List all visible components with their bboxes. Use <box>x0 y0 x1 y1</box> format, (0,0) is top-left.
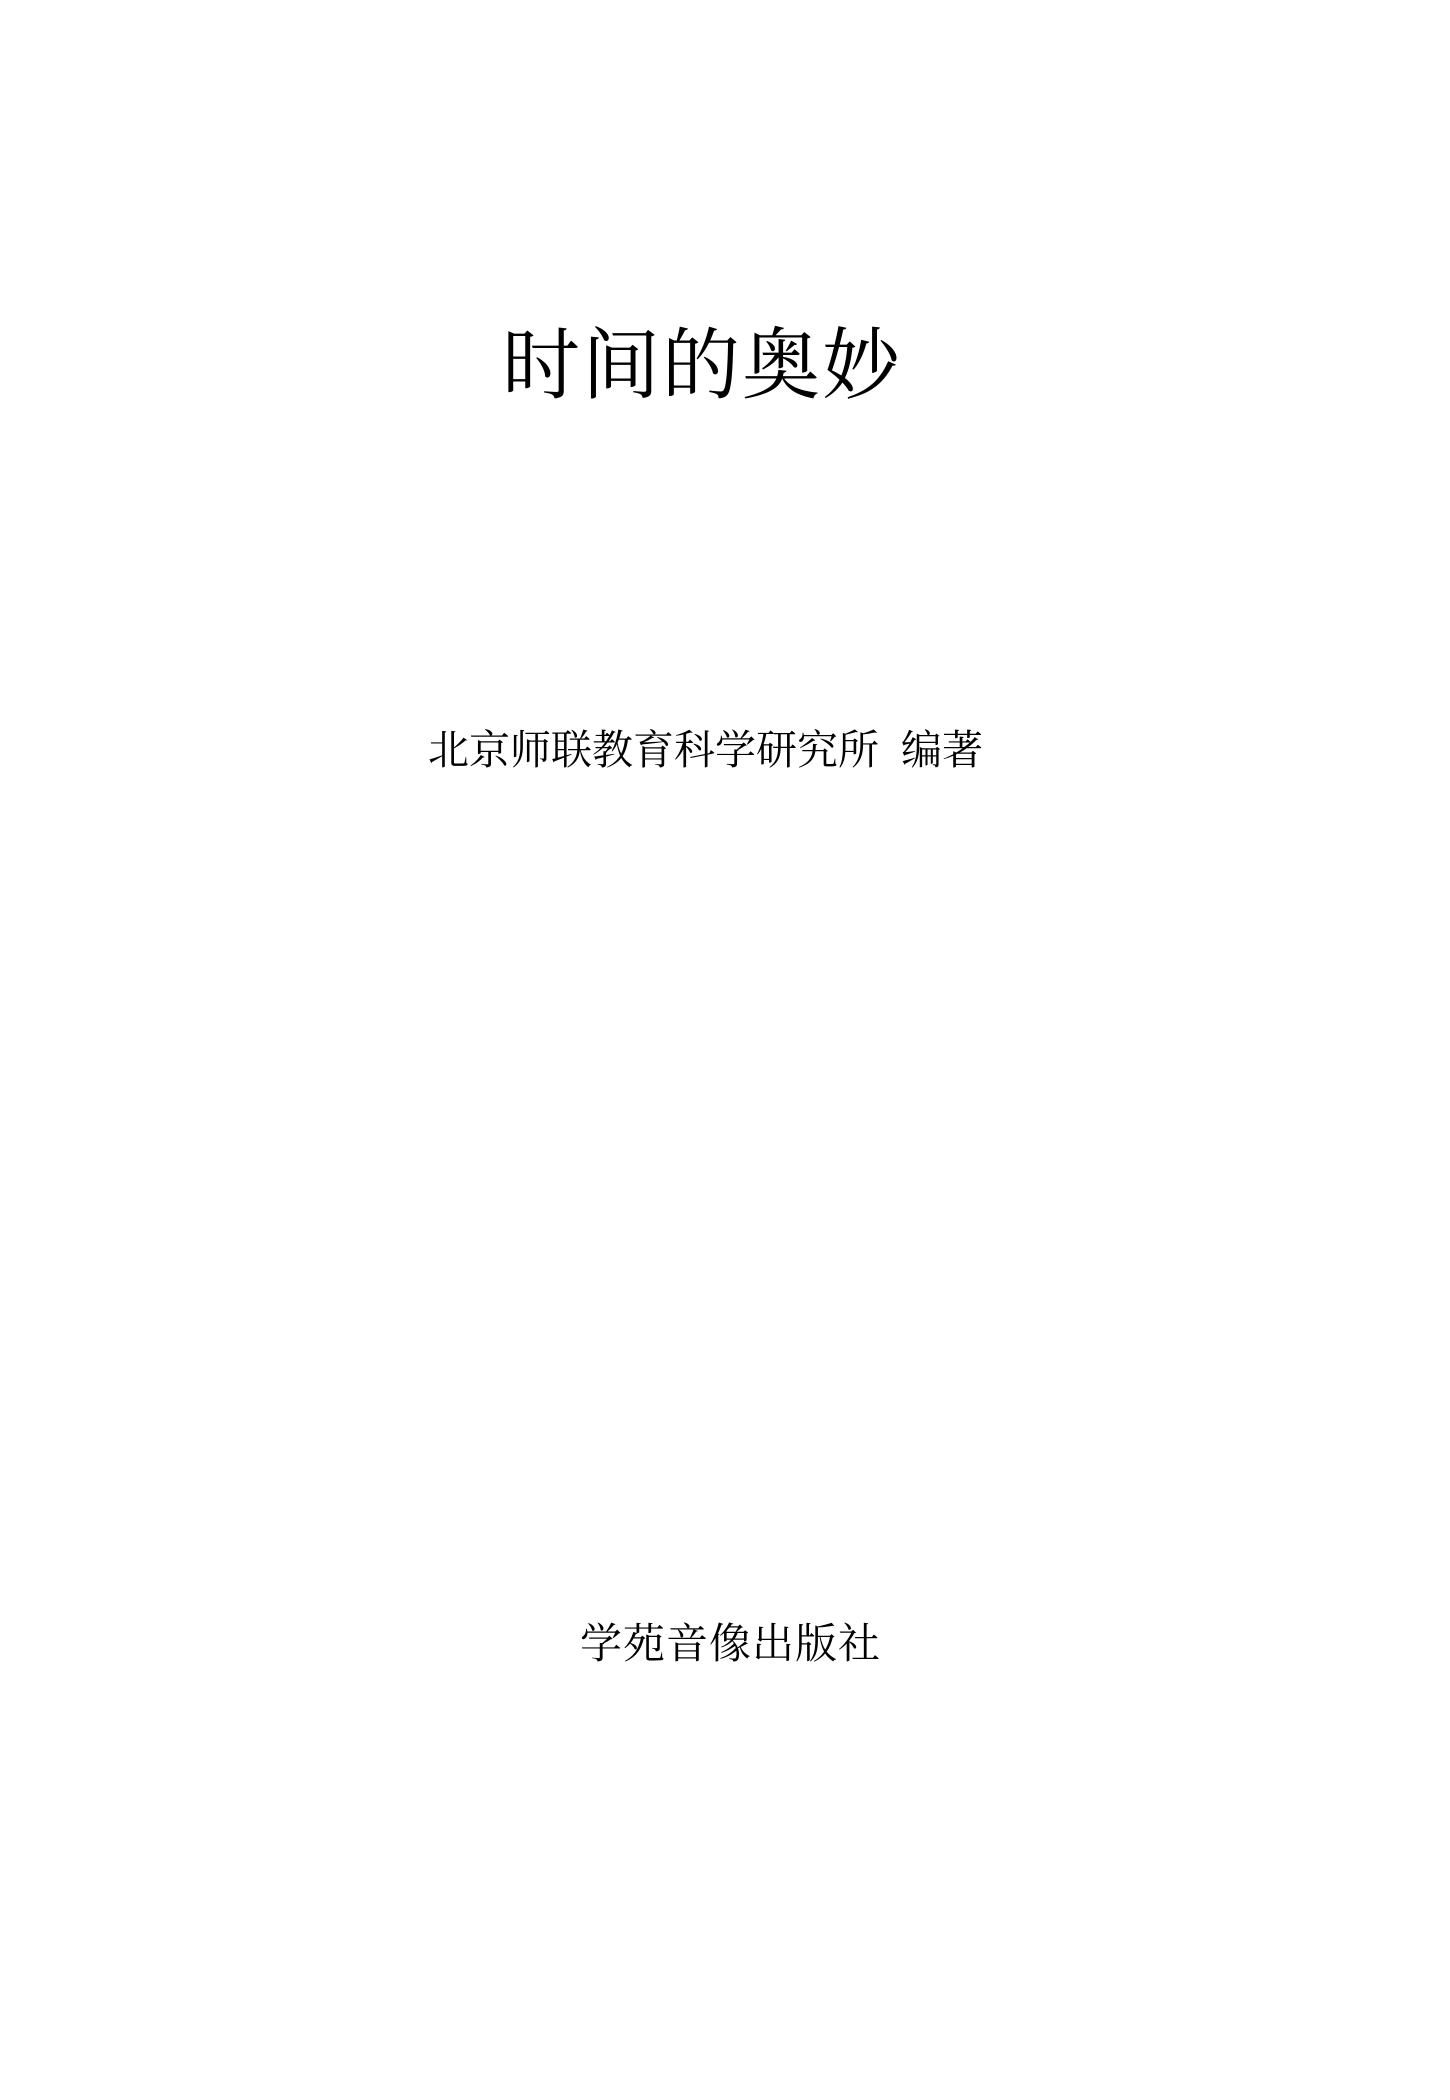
book-title: 时间的奥妙 <box>502 318 922 414</box>
author-organization: 北京师联教育科学研究所 <box>428 726 879 774</box>
author-role: 编著 <box>901 726 983 774</box>
title-page: 时间的奥妙 北京师联教育科学研究所编著 学苑音像出版社 <box>0 0 1450 2100</box>
publisher-name: 学苑音像出版社 <box>580 1615 881 1673</box>
author-line: 北京师联教育科学研究所编著 <box>428 722 983 778</box>
